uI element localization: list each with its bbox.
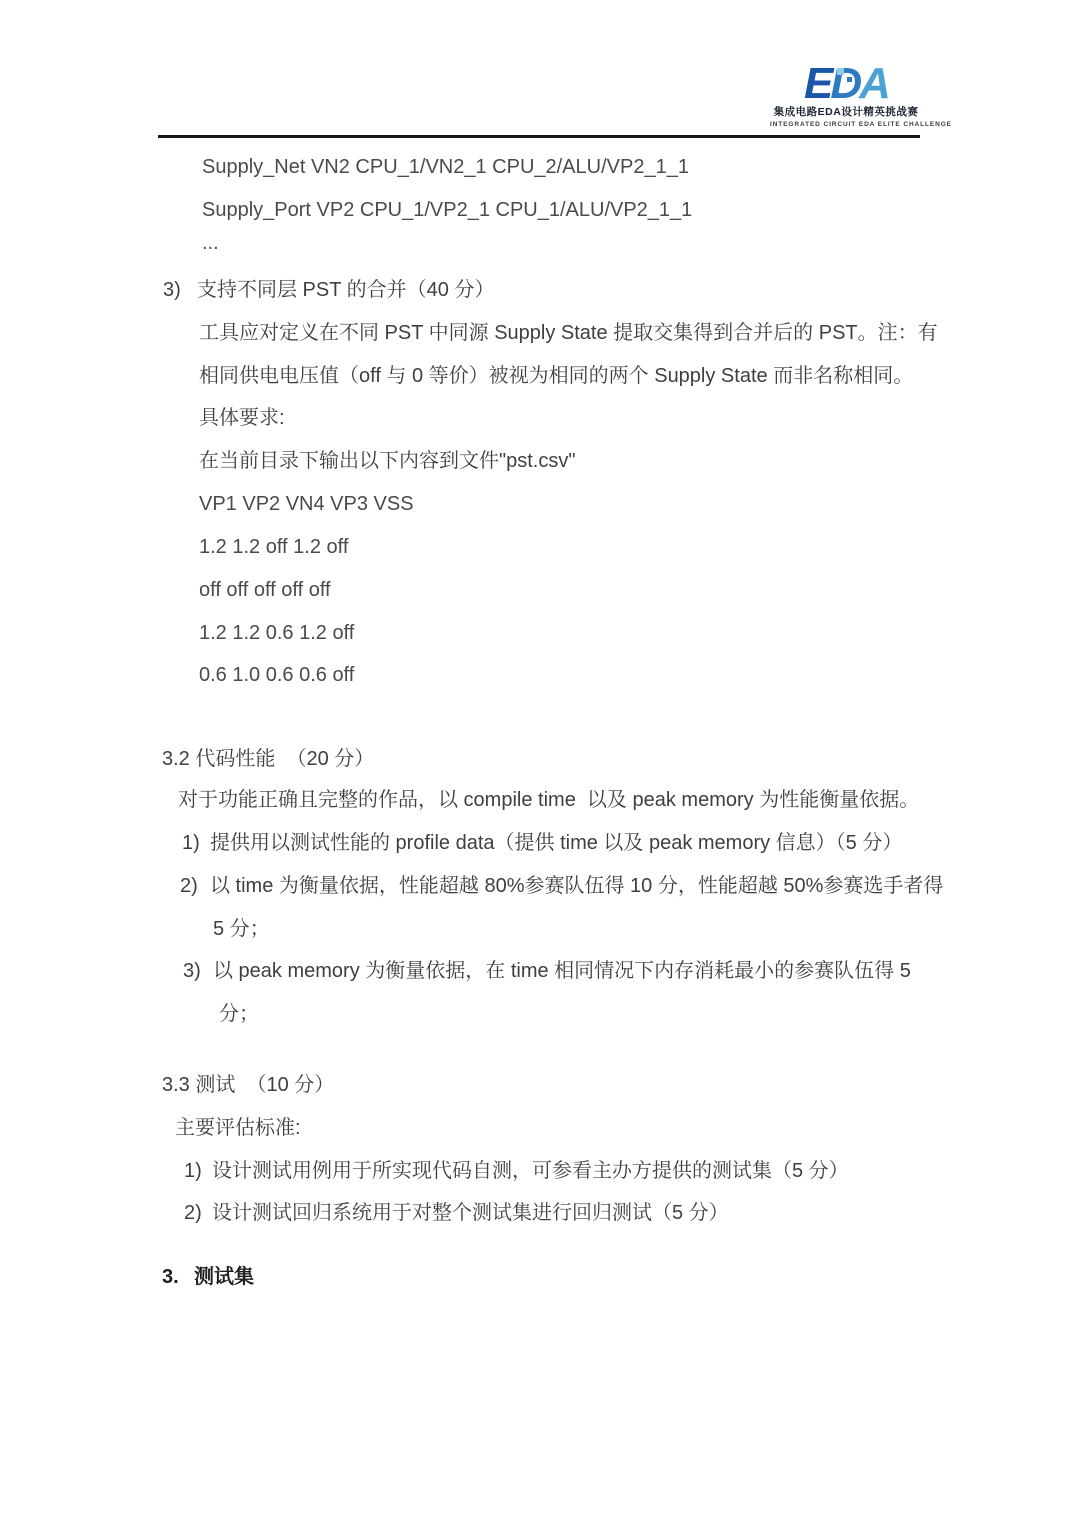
pst-merge-paragraph-line: 相同供电电压值（off 与 0 等价）被视为相同的两个 Supply State… xyxy=(199,365,913,387)
section-title: 测试集 xyxy=(194,1266,254,1288)
criteria-label: 主要评估标准: xyxy=(175,1117,301,1139)
logo-pixel-square-icon xyxy=(837,68,844,75)
section-3-heading: 3.测试集 xyxy=(162,1266,254,1288)
list-item-marker: 2) xyxy=(180,875,210,897)
list-item-marker: 3) xyxy=(163,279,197,301)
output-instruction: 在当前目录下输出以下内容到文件"pst.csv" xyxy=(199,450,575,472)
eda-letter-e: E xyxy=(804,59,830,108)
list-item-profile-data: 1)提供用以测试性能的 profile data（提供 time 以及 peak… xyxy=(182,832,902,854)
list-item-title: 支持不同层 PST 的合并（40 分） xyxy=(197,279,494,301)
list-item-marker: 1) xyxy=(184,1160,212,1182)
eda-logo: EDA 集成电路EDA设计精英挑战赛 INTEGRATED CIRCUIT ED… xyxy=(770,58,922,136)
logo-pixel-square-icon xyxy=(847,77,852,82)
list-item-marker: 1) xyxy=(182,832,210,854)
pst-table-row: 0.6 1.0 0.6 0.6 off xyxy=(199,664,354,686)
list-item-continuation: 5 分； xyxy=(213,918,270,940)
section-3-2-intro: 对于功能正确且完整的作品，以 compile time 以及 peak memo… xyxy=(178,789,919,811)
requirement-label: 具体要求: xyxy=(199,407,285,429)
section-3-3-heading: 3.3 测试 （10 分） xyxy=(162,1074,334,1096)
logo-subtitle-en: INTEGRATED CIRCUIT EDA ELITE CHALLENGE xyxy=(770,121,922,129)
list-item-continuation: 分； xyxy=(219,1003,259,1025)
eda-wordmark: EDA xyxy=(770,64,922,104)
eda-letter-a: A xyxy=(859,59,888,108)
pst-merge-paragraph-line: 工具应对定义在不同 PST 中同源 Supply State 提取交集得到合并后… xyxy=(199,322,938,344)
list-item-text: 提供用以测试性能的 profile data（提供 time 以及 peak m… xyxy=(210,832,902,854)
section-number: 3. xyxy=(162,1266,194,1288)
pst-table-row: 1.2 1.2 off 1.2 off xyxy=(199,536,348,558)
header-divider xyxy=(158,135,920,138)
section-3-2-heading: 3.2 代码性能 （20 分） xyxy=(162,748,374,770)
list-item-marker: 2) xyxy=(184,1202,212,1224)
list-item-regression: 2)设计测试回归系统用于对整个测试集进行回归测试（5 分） xyxy=(184,1202,729,1224)
supply-net-code-line: Supply_Net VN2 CPU_1/VN2_1 CPU_2/ALU/VP2… xyxy=(202,156,689,178)
pst-table-row: 1.2 1.2 0.6 1.2 off xyxy=(199,622,354,644)
list-item-time-metric: 2)以 time 为衡量依据，性能超越 80%参赛队伍得 10 分，性能超越 5… xyxy=(180,875,943,897)
list-item-text: 以 peak memory 为衡量依据，在 time 相同情况下内存消耗最小的参… xyxy=(213,960,911,982)
list-item-text: 设计测试回归系统用于对整个测试集进行回归测试（5 分） xyxy=(212,1202,729,1224)
eda-letter-d: D xyxy=(830,59,859,108)
ellipsis-line: ... xyxy=(202,232,219,254)
pst-table-header-row: VP1 VP2 VN4 VP3 VSS xyxy=(199,493,414,515)
list-item-self-test: 1)设计测试用例用于所实现代码自测，可参看主办方提供的测试集（5 分） xyxy=(184,1160,849,1182)
document-page: EDA 集成电路EDA设计精英挑战赛 INTEGRATED CIRCUIT ED… xyxy=(0,0,1080,1527)
list-item-pst-merge: 3)支持不同层 PST 的合并（40 分） xyxy=(163,279,494,301)
list-item-marker: 3) xyxy=(183,960,213,982)
list-item-text: 设计测试用例用于所实现代码自测，可参看主办方提供的测试集（5 分） xyxy=(212,1160,849,1182)
pst-table-row: off off off off off xyxy=(199,579,331,601)
supply-port-code-line: Supply_Port VP2 CPU_1/VP2_1 CPU_1/ALU/VP… xyxy=(202,199,692,221)
list-item-text: 以 time 为衡量依据，性能超越 80%参赛队伍得 10 分，性能超越 50%… xyxy=(210,875,943,897)
logo-title-cn: 集成电路EDA设计精英挑战赛 xyxy=(770,106,922,118)
list-item-peak-memory-metric: 3)以 peak memory 为衡量依据，在 time 相同情况下内存消耗最小… xyxy=(183,960,911,982)
